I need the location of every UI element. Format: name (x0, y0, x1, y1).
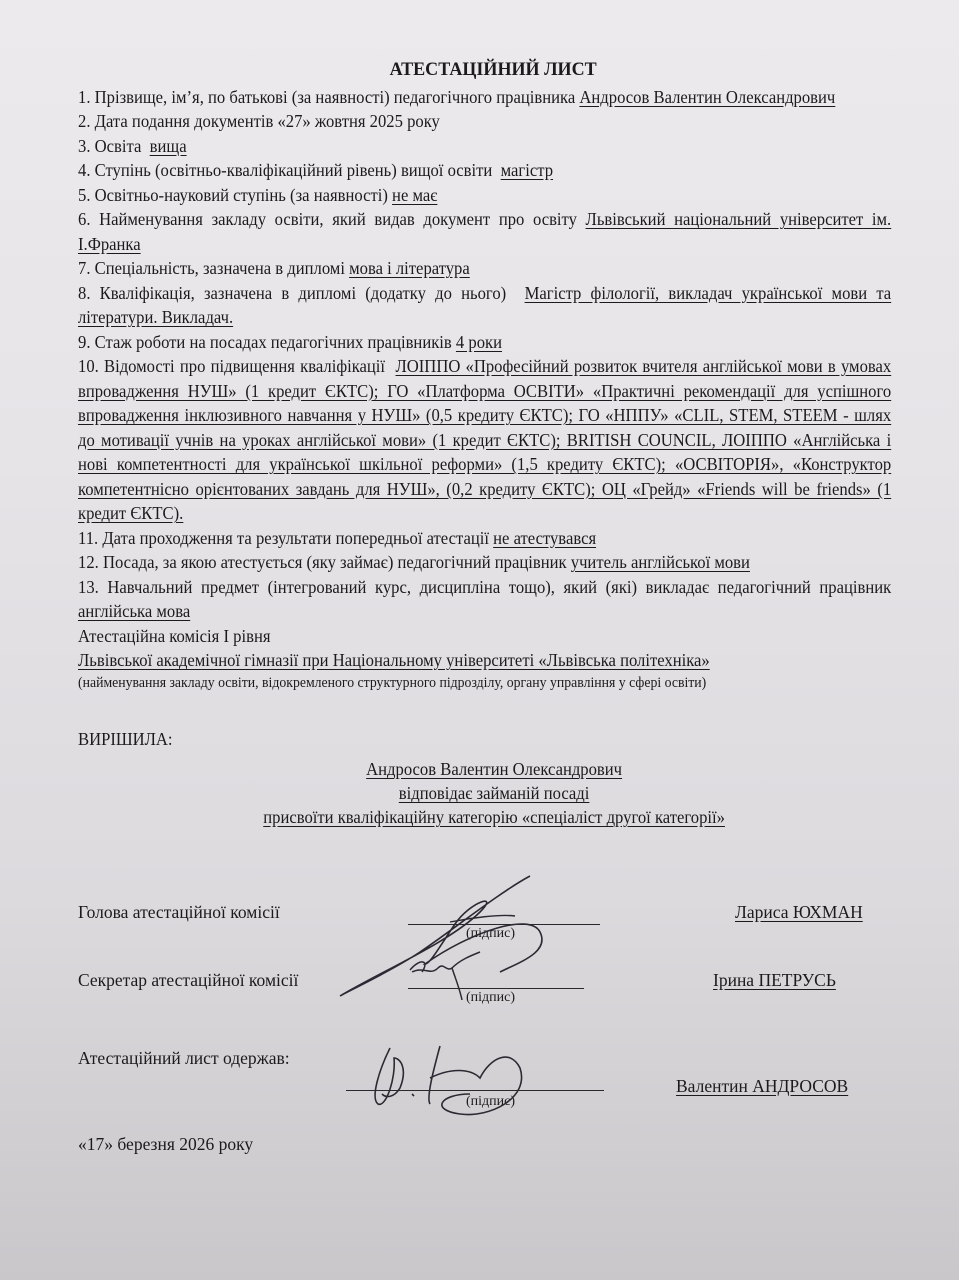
item-2: 2. Дата подання документів «27» жовтня 2… (78, 109, 891, 134)
item-label: 2. Дата подання документів «27» жовтня 2… (78, 111, 440, 131)
item-value: мова і література (349, 258, 470, 278)
signature-role: Атестаційний лист одержав: (78, 1048, 290, 1069)
item-5: 5. Освітньо-науковий ступінь (за наявнос… (78, 183, 891, 208)
signature-secretary-icon (400, 950, 500, 1010)
item-12: 12. Посада, за якою атестується (яку зай… (78, 550, 891, 575)
item-1: 1. Прізвище, ім’я, по батькові (за наявн… (78, 85, 891, 110)
item-8: 8. Кваліфікація, зазначена в дипломі (до… (78, 281, 891, 330)
signature-role: Секретар атестаційної комісії (78, 970, 298, 991)
item-value: учитель англійської мови (571, 552, 750, 572)
item-label: 13. Навчальний предмет (інтегрований кур… (78, 577, 891, 597)
item-value: 4 роки (456, 332, 502, 352)
issue-date: «17» березня 2026 року (78, 1134, 253, 1155)
attestation-sheet: АТЕСТАЦІЙНИЙ ЛИСТ 1. Прізвище, ім’я, по … (78, 58, 891, 829)
item-9: 9. Стаж роботи на посадах педагогічних п… (78, 330, 891, 355)
item-value: не атестувався (493, 528, 596, 548)
signature-name: Лариса ЮХМАН (735, 902, 863, 923)
item-value: не має (392, 185, 437, 205)
item-label: 5. Освітньо-науковий ступінь (за наявнос… (78, 185, 388, 205)
item-label: 1. Прізвище, ім’я, по батькові (за наявн… (78, 87, 575, 107)
item-4: 4. Ступінь (освітньо-кваліфікаційний рів… (78, 158, 891, 183)
item-label: 8. Кваліфікація, зазначена в дипломі (до… (78, 283, 506, 303)
commission-caption: (найменування закладу освіти, відокремле… (78, 673, 891, 693)
item-value: вища (150, 136, 187, 156)
signature-name: Валентин АНДРОСОВ (676, 1076, 848, 1097)
item-label: 4. Ступінь (освітньо-кваліфікаційний рів… (78, 160, 492, 180)
item-value: Андросов Валентин Олександрович (579, 87, 835, 107)
signature-role: Голова атестаційної комісії (78, 902, 280, 923)
decision-person: Андросов Валентин Олександрович (366, 759, 622, 779)
decision-category: присвоїти кваліфікаційну категорію «спец… (263, 807, 725, 827)
item-6: 6. Найменування закладу освіти, який вид… (78, 207, 891, 256)
signature-recipient-icon (360, 1038, 560, 1128)
decision-heading: ВИРІШИЛА: (78, 727, 891, 752)
item-13: 13. Навчальний предмет (інтегрований кур… (78, 575, 891, 624)
item-label: 12. Посада, за якою атестується (яку зай… (78, 552, 567, 572)
item-label: 6. Найменування закладу освіти, який вид… (78, 209, 577, 229)
item-label: 7. Спеціальність, зазначена в дипломі (78, 258, 345, 278)
item-value: магістр (501, 160, 553, 180)
item-7: 7. Спеціальність, зазначена в дипломі мо… (78, 256, 891, 281)
item-11: 11. Дата проходження та результати попер… (78, 526, 891, 551)
item-value: англійська мова (78, 601, 190, 621)
commission-name: Львівської академічної гімназії при Наці… (78, 648, 891, 673)
commission-label: Атестаційна комісія І рівня (78, 624, 891, 649)
item-label: 9. Стаж роботи на посадах педагогічних п… (78, 332, 452, 352)
item-label: 11. Дата проходження та результати попер… (78, 528, 489, 548)
item-10: 10. Відомості про підвищення кваліфікаці… (78, 354, 891, 526)
item-value: ЛОІППО «Професійний розвиток вчителя анг… (78, 356, 891, 523)
signature-name: Ірина ПЕТРУСЬ (713, 970, 836, 991)
item-label: 10. Відомості про підвищення кваліфікаці… (78, 356, 385, 376)
item-label: 3. Освіта (78, 136, 141, 156)
decision-block: Андросов Валентин Олександрович відповід… (97, 757, 891, 829)
decision-result: відповідає займаній посаді (399, 783, 590, 803)
document-title: АТЕСТАЦІЙНИЙ ЛИСТ (95, 58, 891, 83)
item-3: 3. Освіта вища (78, 134, 891, 159)
